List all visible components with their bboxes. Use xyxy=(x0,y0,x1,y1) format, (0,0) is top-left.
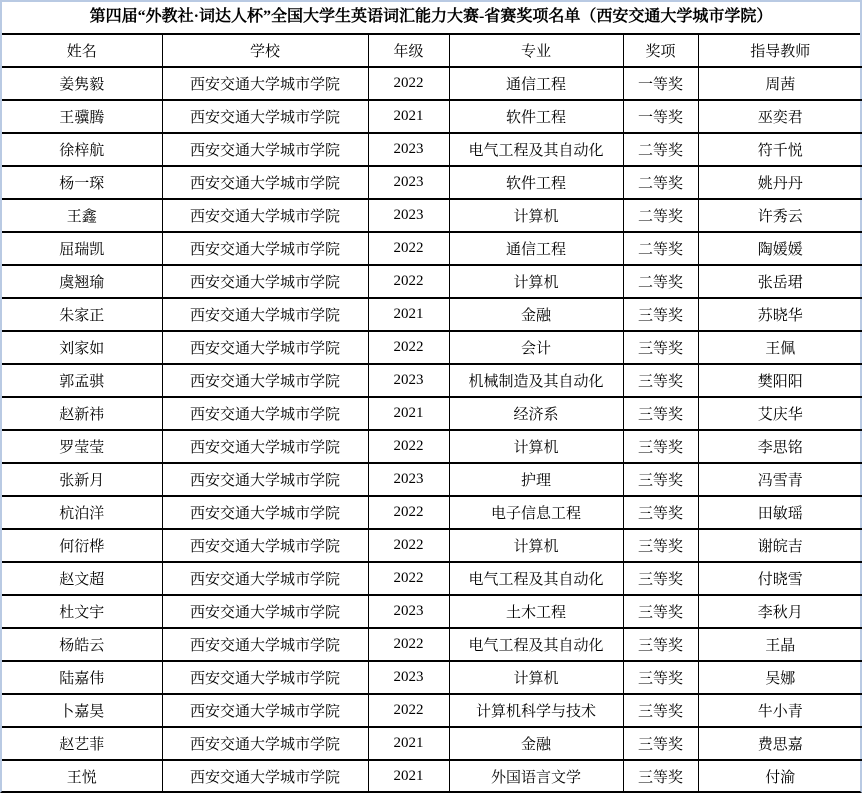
column-header-grade: 年级 xyxy=(368,35,449,67)
cell-major: 金融 xyxy=(449,727,623,760)
cell-school: 西安交通大学城市学院 xyxy=(162,595,368,628)
cell-award: 二等奖 xyxy=(623,199,698,232)
cell-major: 外国语言文学 xyxy=(449,760,623,792)
cell-name: 杨一琛 xyxy=(2,166,162,199)
cell-major: 金融 xyxy=(449,298,623,331)
cell-teacher: 巫奕君 xyxy=(698,100,862,133)
column-header-teacher: 指导教师 xyxy=(698,35,862,67)
cell-grade: 2022 xyxy=(368,562,449,595)
cell-award: 二等奖 xyxy=(623,232,698,265)
cell-name: 屈瑞凯 xyxy=(2,232,162,265)
cell-major: 电子信息工程 xyxy=(449,496,623,529)
cell-name: 何衍桦 xyxy=(2,529,162,562)
cell-grade: 2023 xyxy=(368,364,449,397)
table-row: 屈瑞凯西安交通大学城市学院2022通信工程二等奖陶媛媛 xyxy=(2,232,862,265)
cell-teacher: 冯雪青 xyxy=(698,463,862,496)
cell-grade: 2021 xyxy=(368,727,449,760)
table-row: 朱家正西安交通大学城市学院2021金融三等奖苏晓华 xyxy=(2,298,862,331)
cell-teacher: 费思嘉 xyxy=(698,727,862,760)
cell-major: 电气工程及其自动化 xyxy=(449,562,623,595)
cell-grade: 2022 xyxy=(368,67,449,100)
cell-grade: 2023 xyxy=(368,199,449,232)
cell-school: 西安交通大学城市学院 xyxy=(162,133,368,166)
cell-major: 软件工程 xyxy=(449,166,623,199)
cell-school: 西安交通大学城市学院 xyxy=(162,199,368,232)
cell-name: 赵艺菲 xyxy=(2,727,162,760)
cell-teacher: 樊阳阳 xyxy=(698,364,862,397)
cell-grade: 2021 xyxy=(368,100,449,133)
cell-name: 徐梓航 xyxy=(2,133,162,166)
cell-school: 西安交通大学城市学院 xyxy=(162,661,368,694)
column-header-school: 学校 xyxy=(162,35,368,67)
cell-school: 西安交通大学城市学院 xyxy=(162,265,368,298)
cell-school: 西安交通大学城市学院 xyxy=(162,232,368,265)
cell-award: 三等奖 xyxy=(623,661,698,694)
cell-grade: 2022 xyxy=(368,529,449,562)
cell-name: 赵文超 xyxy=(2,562,162,595)
column-header-major: 专业 xyxy=(449,35,623,67)
cell-award: 三等奖 xyxy=(623,430,698,463)
page-title: 第四届“外教社·词达人杯”全国大学生英语词汇能力大赛-省赛奖项名单（西安交通大学… xyxy=(2,2,860,35)
cell-grade: 2022 xyxy=(368,628,449,661)
cell-grade: 2023 xyxy=(368,166,449,199)
cell-grade: 2022 xyxy=(368,265,449,298)
cell-name: 姜隽毅 xyxy=(2,67,162,100)
cell-major: 土木工程 xyxy=(449,595,623,628)
cell-major: 软件工程 xyxy=(449,100,623,133)
header-row: 姓名 学校 年级 专业 奖项 指导教师 xyxy=(2,35,862,67)
cell-name: 刘家如 xyxy=(2,331,162,364)
cell-award: 三等奖 xyxy=(623,562,698,595)
cell-school: 西安交通大学城市学院 xyxy=(162,760,368,792)
cell-grade: 2022 xyxy=(368,694,449,727)
cell-teacher: 符千悦 xyxy=(698,133,862,166)
table-row: 杭泊洋西安交通大学城市学院2022电子信息工程三等奖田敏瑶 xyxy=(2,496,862,529)
cell-grade: 2023 xyxy=(368,595,449,628)
cell-major: 计算机 xyxy=(449,430,623,463)
table-row: 王骥腾西安交通大学城市学院2021软件工程一等奖巫奕君 xyxy=(2,100,862,133)
cell-name: 杭泊洋 xyxy=(2,496,162,529)
cell-grade: 2022 xyxy=(368,232,449,265)
table-row: 陆嘉伟西安交通大学城市学院2023计算机三等奖吴娜 xyxy=(2,661,862,694)
cell-grade: 2023 xyxy=(368,463,449,496)
spreadsheet-page: 第四届“外教社·词达人杯”全国大学生英语词汇能力大赛-省赛奖项名单（西安交通大学… xyxy=(0,0,862,793)
cell-grade: 2023 xyxy=(368,661,449,694)
cell-award: 三等奖 xyxy=(623,628,698,661)
cell-teacher: 姚丹丹 xyxy=(698,166,862,199)
table-row: 赵艺菲西安交通大学城市学院2021金融三等奖费思嘉 xyxy=(2,727,862,760)
cell-major: 会计 xyxy=(449,331,623,364)
column-header-award: 奖项 xyxy=(623,35,698,67)
cell-grade: 2023 xyxy=(368,133,449,166)
cell-major: 电气工程及其自动化 xyxy=(449,133,623,166)
cell-grade: 2022 xyxy=(368,496,449,529)
table-row: 卜嘉昊西安交通大学城市学院2022计算机科学与技术三等奖牛小青 xyxy=(2,694,862,727)
cell-award: 二等奖 xyxy=(623,133,698,166)
cell-teacher: 艾庆华 xyxy=(698,397,862,430)
cell-teacher: 周茜 xyxy=(698,67,862,100)
cell-name: 杜文宇 xyxy=(2,595,162,628)
cell-award: 三等奖 xyxy=(623,397,698,430)
cell-name: 王悦 xyxy=(2,760,162,792)
table-row: 虞翘瑜西安交通大学城市学院2022计算机二等奖张岳珺 xyxy=(2,265,862,298)
cell-teacher: 王晶 xyxy=(698,628,862,661)
cell-name: 张新月 xyxy=(2,463,162,496)
cell-school: 西安交通大学城市学院 xyxy=(162,628,368,661)
cell-teacher: 吴娜 xyxy=(698,661,862,694)
table-row: 徐梓航西安交通大学城市学院2023电气工程及其自动化二等奖符千悦 xyxy=(2,133,862,166)
table-row: 何衍桦西安交通大学城市学院2022计算机三等奖谢皖吉 xyxy=(2,529,862,562)
cell-school: 西安交通大学城市学院 xyxy=(162,331,368,364)
cell-award: 三等奖 xyxy=(623,496,698,529)
cell-teacher: 张岳珺 xyxy=(698,265,862,298)
cell-major: 计算机 xyxy=(449,661,623,694)
cell-school: 西安交通大学城市学院 xyxy=(162,529,368,562)
cell-teacher: 李秋月 xyxy=(698,595,862,628)
cell-teacher: 陶媛媛 xyxy=(698,232,862,265)
cell-award: 二等奖 xyxy=(623,265,698,298)
cell-school: 西安交通大学城市学院 xyxy=(162,100,368,133)
cell-award: 三等奖 xyxy=(623,529,698,562)
cell-award: 二等奖 xyxy=(623,166,698,199)
cell-school: 西安交通大学城市学院 xyxy=(162,463,368,496)
cell-major: 计算机 xyxy=(449,199,623,232)
cell-award: 三等奖 xyxy=(623,298,698,331)
cell-award: 三等奖 xyxy=(623,331,698,364)
cell-school: 西安交通大学城市学院 xyxy=(162,562,368,595)
cell-award: 三等奖 xyxy=(623,694,698,727)
table-row: 赵新祎西安交通大学城市学院2021经济系三等奖艾庆华 xyxy=(2,397,862,430)
cell-award: 三等奖 xyxy=(623,727,698,760)
table-row: 杨皓云西安交通大学城市学院2022电气工程及其自动化三等奖王晶 xyxy=(2,628,862,661)
cell-teacher: 苏晓华 xyxy=(698,298,862,331)
cell-name: 杨皓云 xyxy=(2,628,162,661)
cell-school: 西安交通大学城市学院 xyxy=(162,67,368,100)
cell-school: 西安交通大学城市学院 xyxy=(162,298,368,331)
cell-award: 三等奖 xyxy=(623,463,698,496)
table-row: 王悦西安交通大学城市学院2021外国语言文学三等奖付渝 xyxy=(2,760,862,792)
cell-teacher: 田敏瑶 xyxy=(698,496,862,529)
cell-name: 陆嘉伟 xyxy=(2,661,162,694)
cell-grade: 2021 xyxy=(368,298,449,331)
cell-major: 计算机科学与技术 xyxy=(449,694,623,727)
cell-major: 通信工程 xyxy=(449,67,623,100)
cell-major: 护理 xyxy=(449,463,623,496)
cell-school: 西安交通大学城市学院 xyxy=(162,430,368,463)
cell-school: 西安交通大学城市学院 xyxy=(162,694,368,727)
column-header-name: 姓名 xyxy=(2,35,162,67)
table-row: 姜隽毅西安交通大学城市学院2022通信工程一等奖周茜 xyxy=(2,67,862,100)
table-row: 杜文宇西安交通大学城市学院2023土木工程三等奖李秋月 xyxy=(2,595,862,628)
cell-award: 一等奖 xyxy=(623,67,698,100)
cell-teacher: 李思铭 xyxy=(698,430,862,463)
cell-major: 经济系 xyxy=(449,397,623,430)
cell-teacher: 谢皖吉 xyxy=(698,529,862,562)
cell-teacher: 付晓雪 xyxy=(698,562,862,595)
awards-table: 姓名 学校 年级 专业 奖项 指导教师 姜隽毅西安交通大学城市学院2022通信工… xyxy=(2,35,862,792)
cell-name: 王骥腾 xyxy=(2,100,162,133)
cell-name: 王鑫 xyxy=(2,199,162,232)
cell-award: 三等奖 xyxy=(623,595,698,628)
cell-name: 罗莹莹 xyxy=(2,430,162,463)
cell-school: 西安交通大学城市学院 xyxy=(162,496,368,529)
cell-major: 计算机 xyxy=(449,265,623,298)
table-row: 杨一琛西安交通大学城市学院2023软件工程二等奖姚丹丹 xyxy=(2,166,862,199)
table-row: 罗莹莹西安交通大学城市学院2022计算机三等奖李思铭 xyxy=(2,430,862,463)
cell-teacher: 牛小青 xyxy=(698,694,862,727)
cell-name: 朱家正 xyxy=(2,298,162,331)
cell-major: 电气工程及其自动化 xyxy=(449,628,623,661)
table-row: 王鑫西安交通大学城市学院2023计算机二等奖许秀云 xyxy=(2,199,862,232)
cell-grade: 2021 xyxy=(368,760,449,792)
cell-school: 西安交通大学城市学院 xyxy=(162,166,368,199)
cell-school: 西安交通大学城市学院 xyxy=(162,727,368,760)
cell-award: 一等奖 xyxy=(623,100,698,133)
table-row: 郭孟骐西安交通大学城市学院2023机械制造及其自动化三等奖樊阳阳 xyxy=(2,364,862,397)
table-row: 赵文超西安交通大学城市学院2022电气工程及其自动化三等奖付晓雪 xyxy=(2,562,862,595)
cell-name: 赵新祎 xyxy=(2,397,162,430)
cell-teacher: 王佩 xyxy=(698,331,862,364)
cell-grade: 2022 xyxy=(368,331,449,364)
cell-name: 卜嘉昊 xyxy=(2,694,162,727)
table-row: 张新月西安交通大学城市学院2023护理三等奖冯雪青 xyxy=(2,463,862,496)
cell-school: 西安交通大学城市学院 xyxy=(162,364,368,397)
cell-school: 西安交通大学城市学院 xyxy=(162,397,368,430)
cell-grade: 2022 xyxy=(368,430,449,463)
cell-teacher: 付渝 xyxy=(698,760,862,792)
cell-major: 计算机 xyxy=(449,529,623,562)
cell-major: 机械制造及其自动化 xyxy=(449,364,623,397)
cell-award: 三等奖 xyxy=(623,760,698,792)
table-row: 刘家如西安交通大学城市学院2022会计三等奖王佩 xyxy=(2,331,862,364)
cell-grade: 2021 xyxy=(368,397,449,430)
cell-name: 虞翘瑜 xyxy=(2,265,162,298)
cell-major: 通信工程 xyxy=(449,232,623,265)
cell-award: 三等奖 xyxy=(623,364,698,397)
cell-name: 郭孟骐 xyxy=(2,364,162,397)
cell-teacher: 许秀云 xyxy=(698,199,862,232)
